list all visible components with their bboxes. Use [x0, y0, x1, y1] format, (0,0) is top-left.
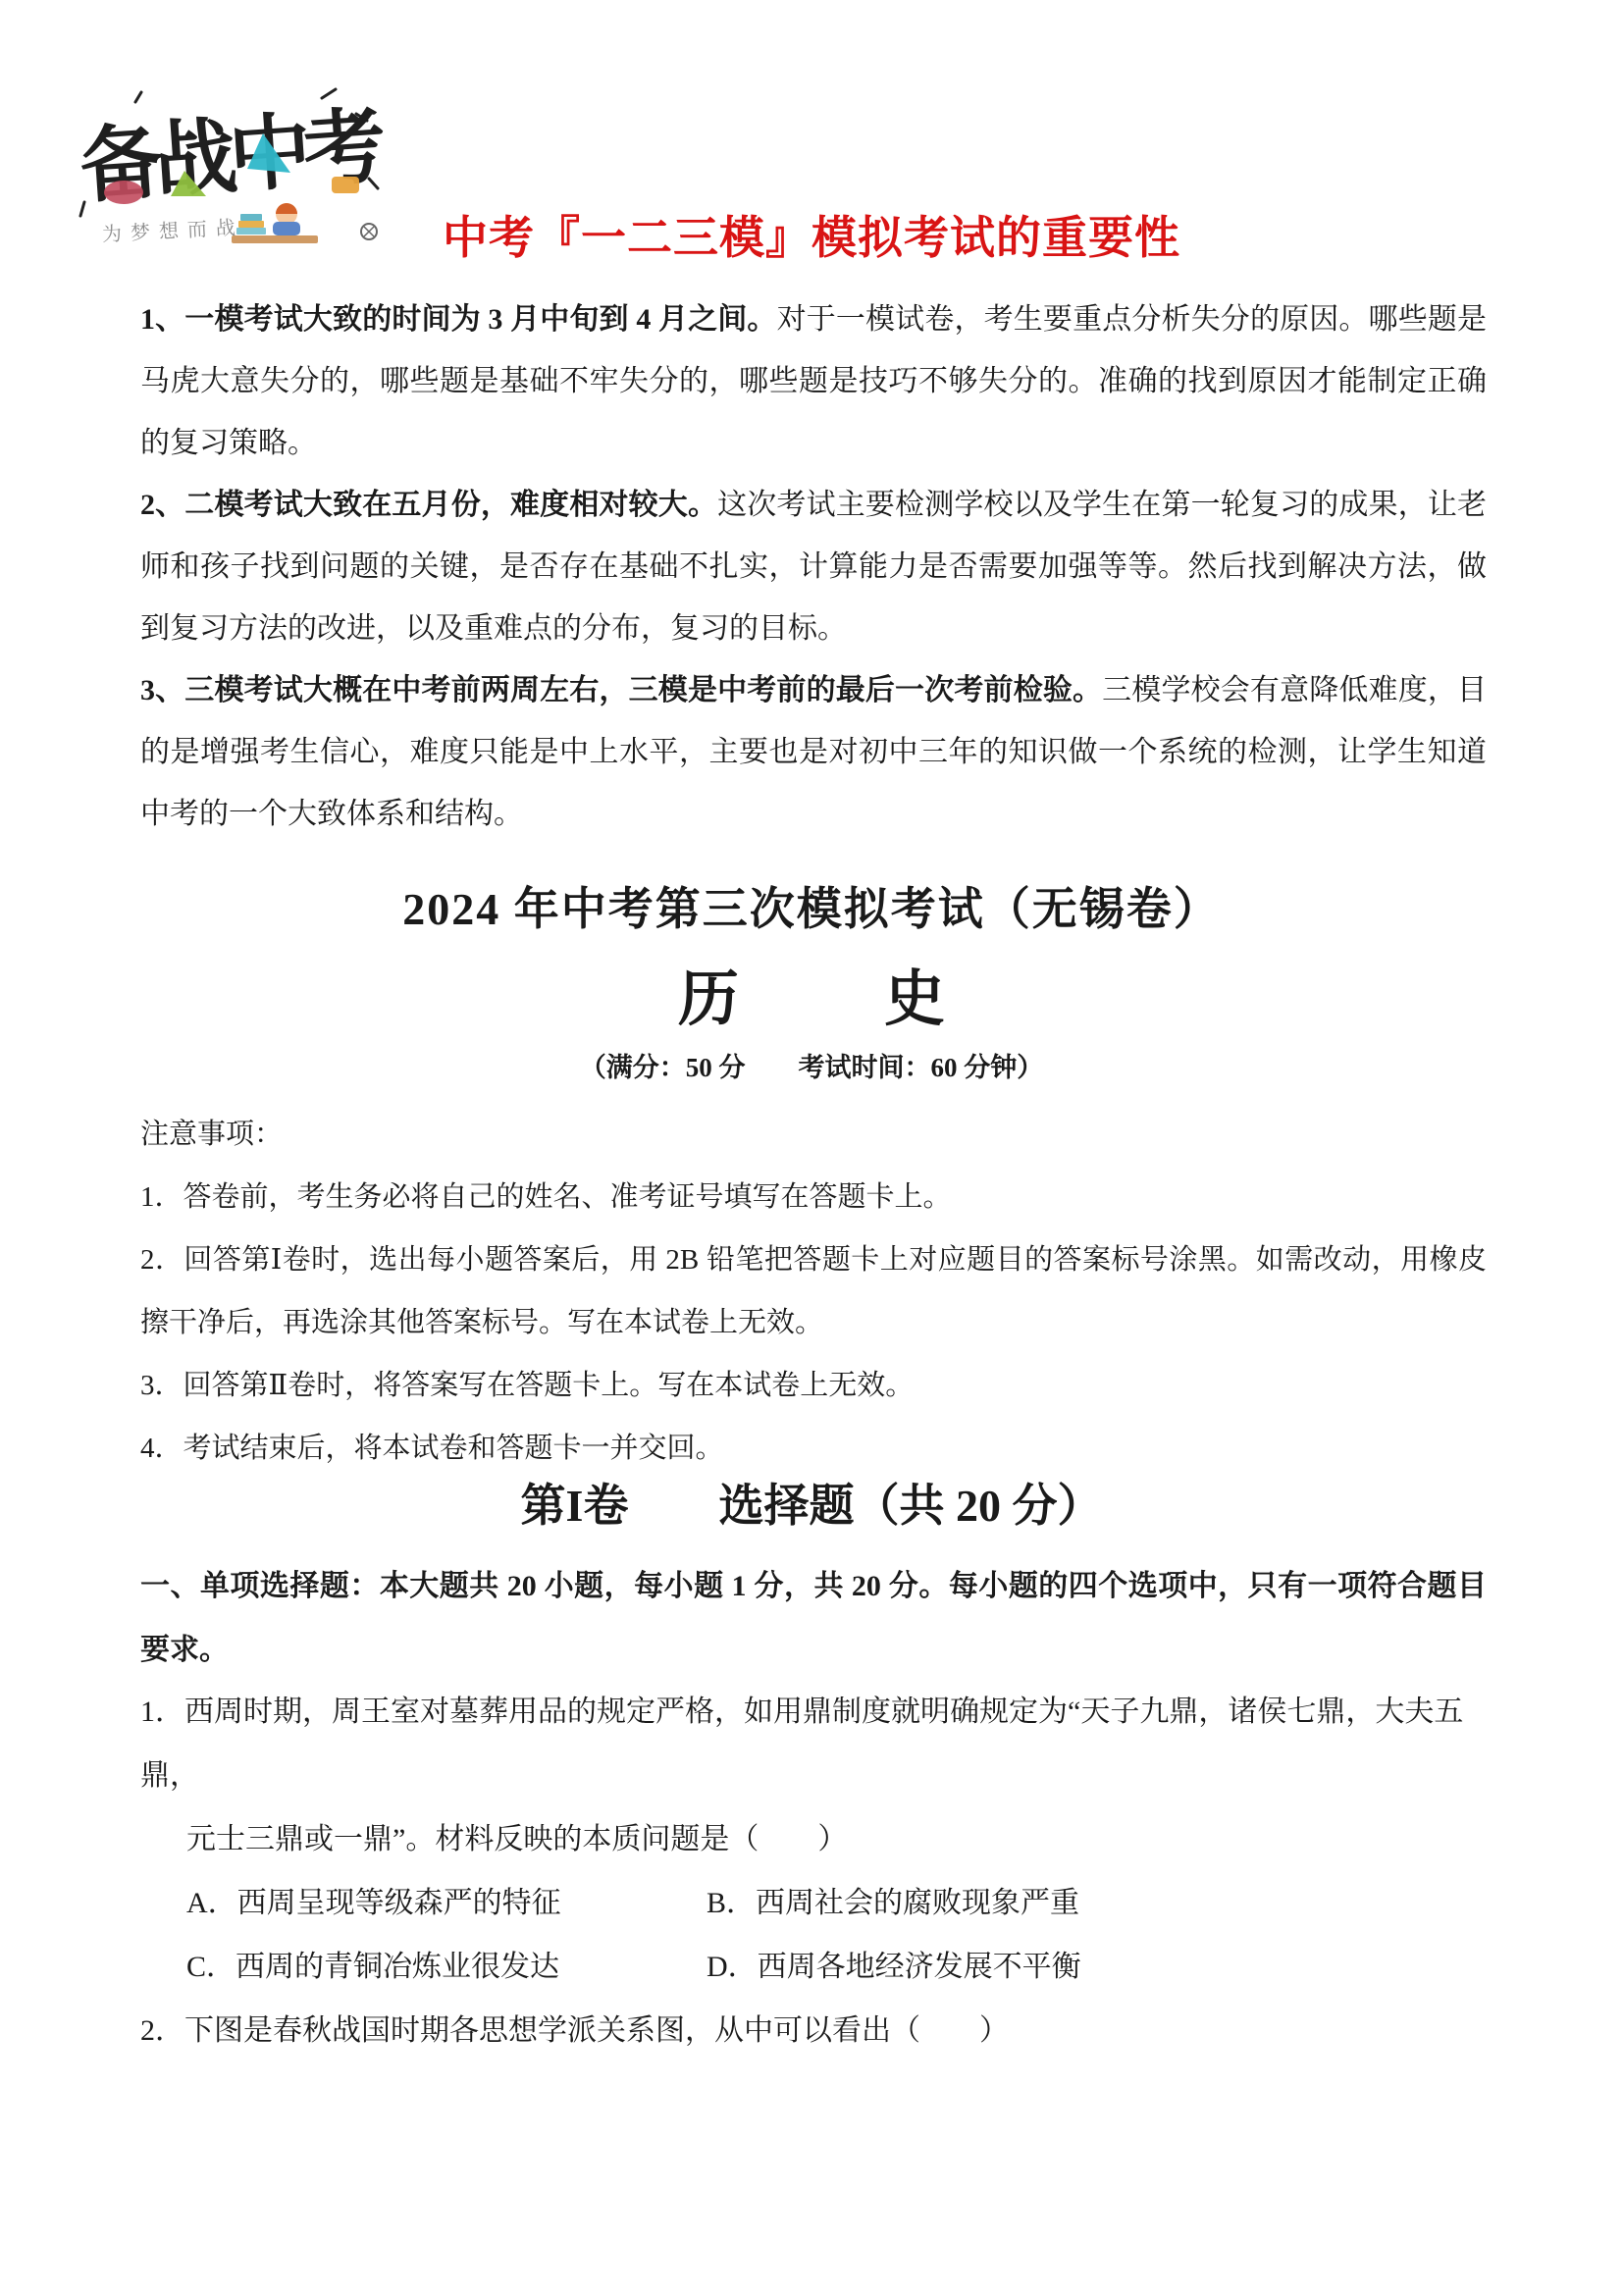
exam-title: 2024 年中考第三次模拟考试（无锡卷） — [0, 873, 1623, 938]
option-a: A．西周呈现等级森严的特征 — [186, 1871, 707, 1935]
option-d: D．西周各地经济发展不平衡 — [707, 1935, 1494, 1999]
intro-paragraph-lead: 3、三模考试大概在中考前两周左右，三模是中考前的最后一次考前检验。 — [140, 674, 1102, 706]
notice-item: 3．回答第Ⅱ卷时，将答案写在答题卡上。写在本试卷上无效。 — [140, 1354, 1487, 1417]
option-c: C．西周的青铜冶炼业很发达 — [186, 1935, 707, 1999]
question-list: 1．西周时期，周王室对墓葬用品的规定严格，如用鼎制度就明确规定为“天子九鼎，诸侯… — [140, 1680, 1494, 2062]
section1-heading: 第I卷 选择题（共 20 分） — [0, 1470, 1623, 1535]
notices-label: 注意事项： — [140, 1103, 1487, 1166]
exam-subject: 历 史 — [0, 950, 1623, 1037]
question-1-line1: 1．西周时期，周王室对墓葬用品的规定严格，如用鼎制度就明确规定为“天子九鼎，诸侯… — [140, 1680, 1494, 1807]
question-1-line2: 元士三鼎或一鼎”。材料反映的本质问题是（ ） — [140, 1807, 1494, 1871]
question-1: 1．西周时期，周王室对墓葬用品的规定严格，如用鼎制度就明确规定为“天子九鼎，诸侯… — [140, 1680, 1494, 1999]
notice-item: 1．答卷前，考生务必将自己的姓名、准考证号填写在答题卡上。 — [140, 1166, 1487, 1228]
intro-paragraph: 2、二模考试大致在五月份，难度相对较大。这次考试主要检测学校以及学生在第一轮复习… — [140, 474, 1487, 659]
importance-intro-paragraphs: 1、一模考试大致的时间为 3 月中旬到 4 月之间。对于一模试卷，考生要重点分析… — [140, 288, 1487, 845]
page-title: 中考『一二三模』模拟考试的重要性 — [0, 202, 1623, 267]
intro-paragraph: 1、一模考试大致的时间为 3 月中旬到 4 月之间。对于一模试卷，考生要重点分析… — [140, 288, 1487, 474]
exam-paper-page: 备战中考 为梦想而战 — [0, 0, 1623, 2296]
subject-char: 历 — [678, 950, 739, 1037]
intro-paragraph-lead: 2、二模考试大致在五月份，难度相对较大。 — [140, 489, 717, 521]
section1-instructions: 一、单项选择题：本大题共 20 小题，每小题 1 分，共 20 分。每小题的四个… — [140, 1554, 1487, 1682]
option-b: B．西周社会的腐败现象严重 — [707, 1871, 1494, 1935]
intro-paragraph: 3、三模考试大概在中考前两周左右，三模是中考前的最后一次考前检验。三模学校会有意… — [140, 659, 1487, 845]
question-2: 2．下图是春秋战国时期各思想学派关系图，从中可以看出（ ） — [140, 1999, 1494, 2062]
question-1-options: A．西周呈现等级森严的特征 B．西周社会的腐败现象严重 C．西周的青铜冶炼业很发… — [140, 1871, 1494, 1999]
notice-item: 2．回答第Ⅰ卷时，选出每小题答案后，用 2B 铅笔把答题卡上对应题目的答案标号涂… — [140, 1228, 1487, 1354]
intro-paragraph-lead: 1、一模考试大致的时间为 3 月中旬到 4 月之间。 — [140, 303, 777, 336]
subject-char: 史 — [884, 950, 945, 1037]
exam-notices: 注意事项： 1．答卷前，考生务必将自己的姓名、准考证号填写在答题卡上。 2．回答… — [140, 1103, 1487, 1480]
exam-meta-line: （满分：50 分 考试时间：60 分钟） — [0, 1046, 1623, 1084]
